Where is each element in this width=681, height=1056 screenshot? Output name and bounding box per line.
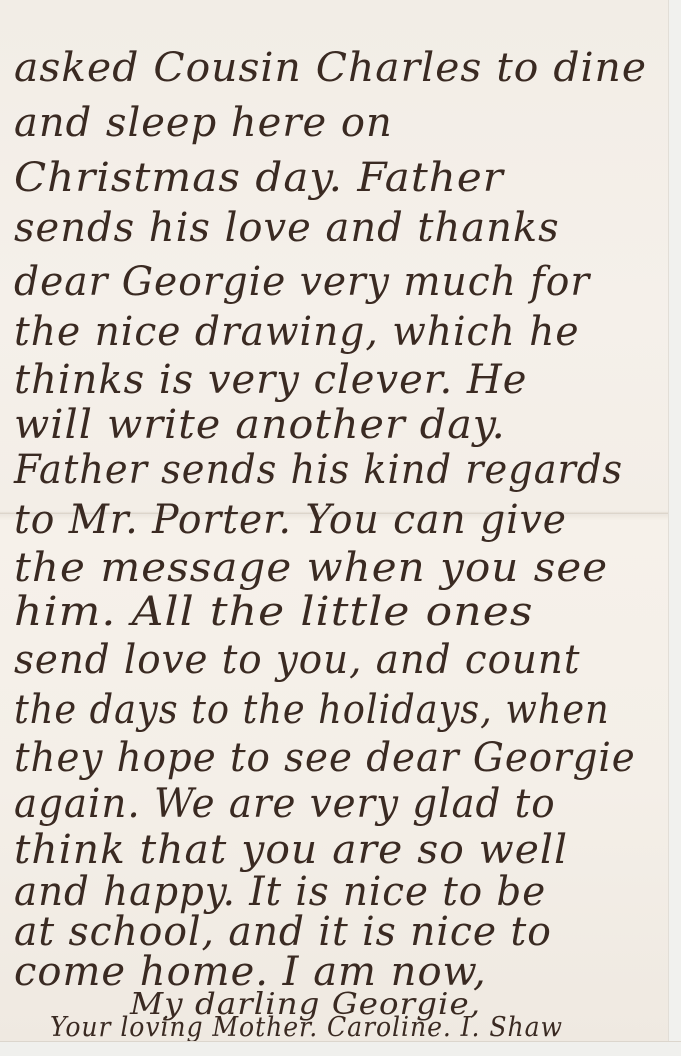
letter-line-3: Christmas day. Father xyxy=(14,158,504,198)
letter-line-18: and happy. It is nice to be xyxy=(14,872,546,912)
letter-line-15: they hope to see dear Georgie xyxy=(14,738,636,778)
letter-line-13: send love to you, and count xyxy=(14,640,580,680)
signature: Your loving Mother. Caroline. I. Shaw xyxy=(50,1014,563,1041)
letter-line-19: at school, and it is nice to xyxy=(14,912,552,952)
scanned-letter: asked Cousin Charles to dine and sleep h… xyxy=(0,0,681,1056)
letter-line-16: again. We are very glad to xyxy=(14,784,556,824)
letter-line-14: the days to the holidays, when xyxy=(14,690,610,730)
letter-line-2: and sleep here on xyxy=(14,103,393,143)
letter-line-1: asked Cousin Charles to dine xyxy=(14,48,647,88)
scan-border-right xyxy=(668,0,681,1056)
letter-line-11: the message when you see xyxy=(14,548,608,588)
letter-line-4: sends his love and thanks xyxy=(14,208,560,248)
letter-line-7: thinks is very clever. He xyxy=(14,360,527,400)
letter-line-5: dear Georgie very much for xyxy=(14,262,590,302)
letter-paper: asked Cousin Charles to dine and sleep h… xyxy=(0,0,668,1041)
letter-line-12: him. All the little ones xyxy=(14,592,534,632)
letter-line-6: the nice drawing, which he xyxy=(14,312,580,352)
letter-line-10: to Mr. Porter. You can give xyxy=(14,500,567,540)
letter-line-9: Father sends his kind regards xyxy=(14,450,623,490)
letter-line-20: come home. I am now, xyxy=(14,952,487,992)
letter-line-17: think that you are so well xyxy=(14,830,568,870)
scan-border-bottom xyxy=(0,1041,681,1056)
letter-line-8: will write another day. xyxy=(14,405,506,445)
